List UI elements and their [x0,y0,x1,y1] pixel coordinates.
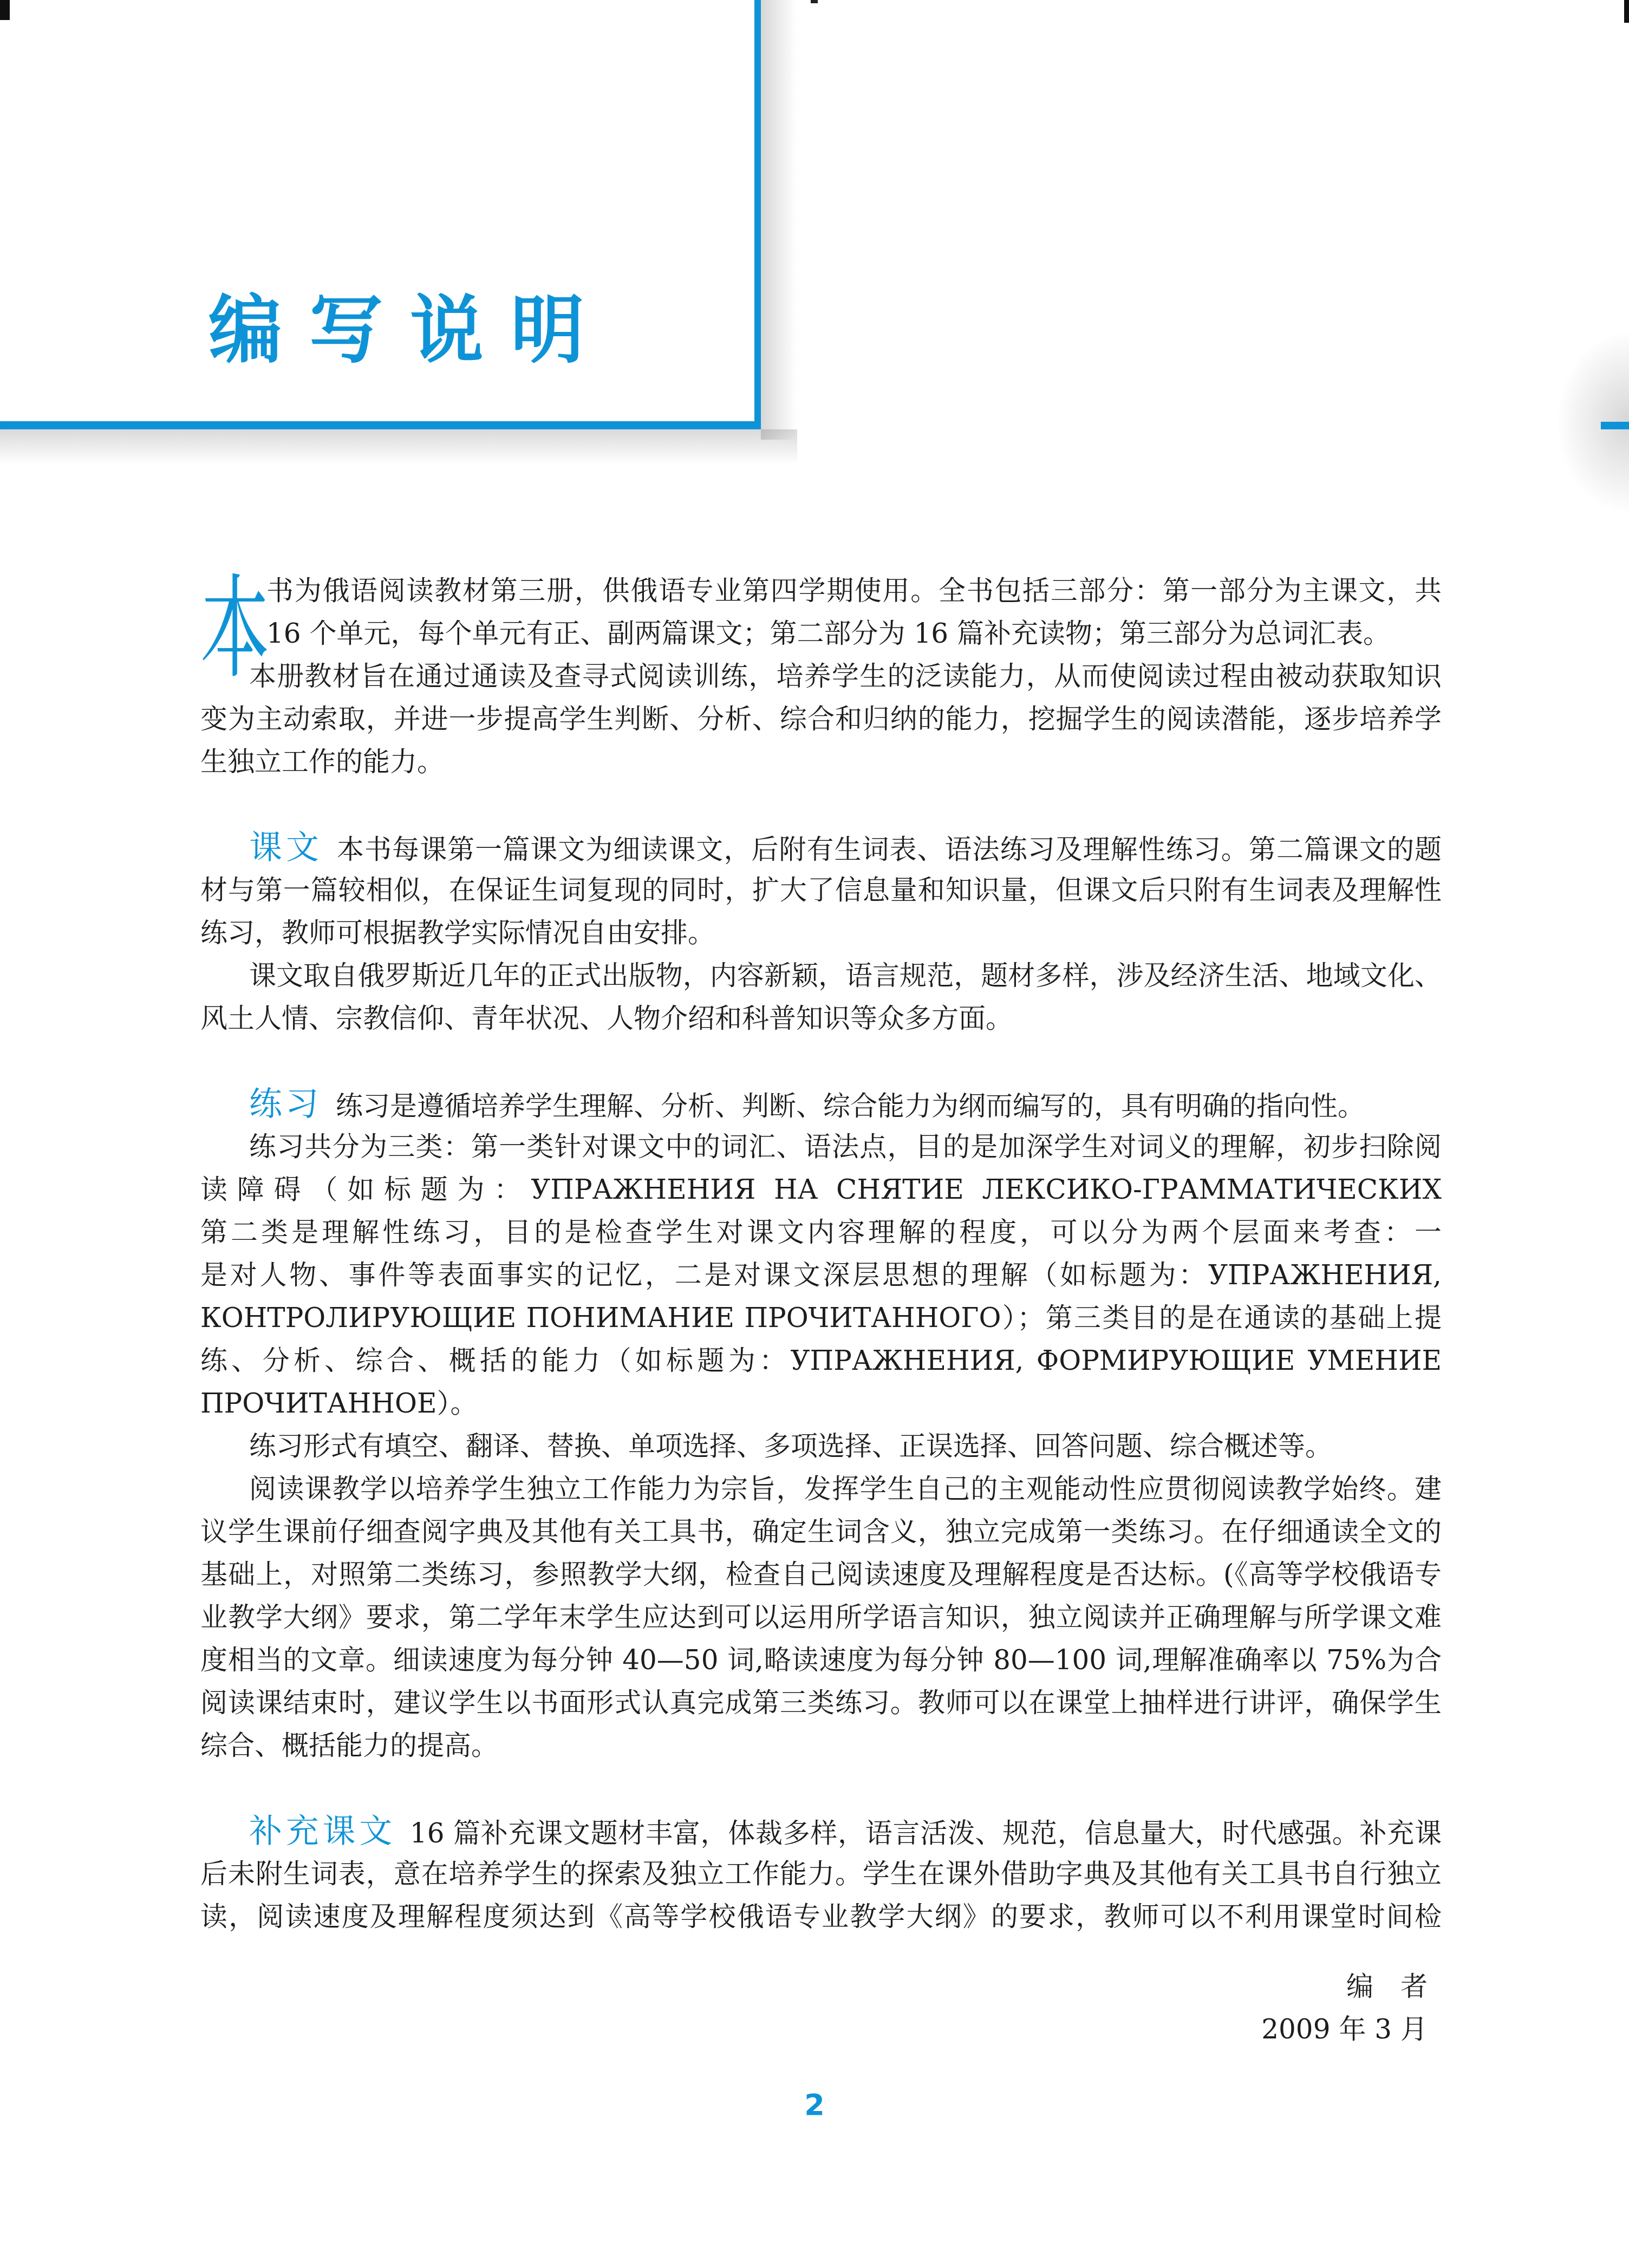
text-line: 综合、概括能力的提高。 [200,1724,1442,1767]
signature-author: 编 者 [200,1965,1428,2008]
text-line: 生独立工作的能力。 [200,741,1442,783]
print-tick-top [811,0,818,3]
scan-shadow-below-rule [0,429,797,464]
text-line: 练、分析、综合、概括的能力（如标题为：УПРАЖНЕНИЯ, ФОРМИРУЮЩ… [200,1339,1442,1382]
text-line: 阅读课教学以培养学生独立工作能力为宗旨，发挥学生自己的主观能动性应贯彻阅读教学始… [200,1468,1442,1511]
lianxi-forms-paragraph: 练习形式有填空、翻译、替换、单项选择、多项选择、正误选择、回答问题、综合概述等。 [200,1425,1442,1468]
text-line: 16 个单元，每个单元有正、副两篇课文；第二部分为 16 篇补充读物；第三部分为… [266,612,1442,655]
teaching-paragraph: 阅读课教学以培养学生独立工作能力为宗旨，发挥学生自己的主观能动性应贯彻阅读教学始… [200,1468,1442,1767]
text-line: 议学生课前仔细查阅字典及其他有关工具书，确定生词含义，独立完成第一类练习。在仔细… [200,1511,1442,1553]
signature-block: 编 者 2009 年 3 月 [200,1965,1442,2051]
title-box: 编写说明 [0,0,761,429]
section-label: 练习 [249,1085,322,1123]
page-title: 编写说明 [208,293,611,367]
section-label: 课文 [249,828,323,867]
lianxi-section: 练习练习是遵循培养学生理解、分析、判断、综合能力为纲而编写的，具有明确的指向性。 [200,1083,1442,1126]
text-line: 练习形式有填空、翻译、替换、单项选择、多项选择、正误选择、回答问题、综合概述等。 [200,1425,1442,1468]
text-line: 练习共分为三类：第一类针对课文中的词汇、语法点，目的是加深学生对词义的理解，初步… [200,1126,1442,1168]
text-line: ПРОЧИТАННОЕ）。 [200,1382,1442,1425]
aim-paragraph: 本册教材旨在通过通读及查寻式阅读训练，培养学生的泛读能力，从而使阅读过程由被动获… [200,655,1442,783]
edge-accent-rule [1601,422,1629,429]
intro-paragraph: 本书为俄语阅读教材第三册，供俄语专业第四学期使用。全书包括三部分：第一部分为主课… [200,570,1442,655]
text-line: 本册教材旨在通过通读及查寻式阅读训练，培养学生的泛读能力，从而使阅读过程由被动获… [200,655,1442,698]
text-line: 第二类是理解性练习，目的是检查学生对课文内容理解的程度，可以分为两个层面来考查：… [200,1211,1442,1254]
book-page: 编写说明 本书为俄语阅读教材第三册，供俄语专业第四学期使用。全书包括三部分：第一… [0,0,1629,2268]
text-line: 基础上，对照第二类练习，参照教学大纲，检查自己阅读速度及理解程度是否达标。(《高… [200,1553,1442,1596]
buchong-section: 补充课文16 篇补充课文题材丰富，体裁多样，语言活泼、规范，信息量大，时代感强。… [200,1810,1442,1938]
text-line: 书为俄语阅读教材第三册，供俄语专业第四学期使用。全书包括三部分：第一部分为主课文… [266,570,1442,612]
text-line: 变为主动索取，并进一步提高学生判断、分析、综合和归纳的能力，挖掘学生的阅读潜能，… [200,698,1442,741]
text-line: 练习，教师可根据教学实际情况自由安排。 [200,912,1442,955]
print-mark-top-right [1624,0,1629,23]
kewen-section: 课文本书每课第一篇课文为细读课文，后附有生词表、语法练习及理解性练习。第二篇课文… [200,826,1442,955]
text-line: 业教学大纲》要求，第二学年末学生应达到可以运用所学语言知识，独立阅读并正确理解与… [200,1596,1442,1639]
text-line: 练习练习是遵循培养学生理解、分析、判断、综合能力为纲而编写的，具有明确的指向性。 [200,1083,1442,1126]
text-line: 读，阅读速度及理解程度须达到《高等学校俄语专业教学大纲》的要求，教师可以不利用课… [200,1896,1442,1938]
body-text: 本书为俄语阅读教材第三册，供俄语专业第四学期使用。全书包括三部分：第一部分为主课… [200,570,1442,2051]
text-line: 阅读课结束时，建议学生以书面形式认真完成第三类练习。教师可以在课堂上抽样进行讲评… [200,1682,1442,1724]
signature-date: 2009 年 3 月 [200,2008,1428,2051]
section-label: 补充课文 [249,1812,396,1851]
text-line: 风土人情、宗教信仰、青年状况、人物介绍和科普知识等众多方面。 [200,997,1442,1040]
text-line: 补充课文16 篇补充课文题材丰富，体裁多样，语言活泼、规范，信息量大，时代感强。… [200,1810,1442,1853]
lianxi-types-paragraph: 练习共分为三类：第一类针对课文中的词汇、语法点，目的是加深学生对词义的理解，初步… [200,1126,1442,1425]
kewen-source-paragraph: 课文取自俄罗斯近几年的正式出版物，内容新颖，语言规范，题材多样，涉及经济生活、地… [200,955,1442,1040]
text-line: 是对人物、事件等表面事实的记忆，二是对课文深层思想的理解（如标题为：УПРАЖН… [200,1254,1442,1297]
text-line: 后未附生词表，意在培养学生的探索及独立工作能力。学生在课外借助字典及其他有关工具… [200,1853,1442,1896]
page-number: 2 [0,2083,1629,2126]
text-line: 课文本书每课第一篇课文为细读课文，后附有生词表、语法练习及理解性练习。第二篇课文… [200,826,1442,869]
text-line: 度相当的文章。细读速度为每分钟 40—50 词,略读速度为每分钟 80—100 … [200,1639,1442,1682]
text-line: КОНТРОЛИРУЮЩИЕ ПОНИМАНИЕ ПРОЧИТАННОГО）；第… [200,1297,1442,1339]
text-line: 读障碍（如标题为：УПРАЖНЕНИЯ НА СНЯТИЕ ЛЕКСИКО-ГР… [200,1168,1442,1211]
scan-shadow-right-of-rule [761,0,797,440]
text-line: 课文取自俄罗斯近几年的正式出版物，内容新颖，语言规范，题材多样，涉及经济生活、地… [200,955,1442,997]
print-mark-top-left [0,0,10,20]
text-line: 材与第一篇较相似，在保证生词复现的同时，扩大了信息量和知识量，但课文后只附有生词… [200,869,1442,912]
